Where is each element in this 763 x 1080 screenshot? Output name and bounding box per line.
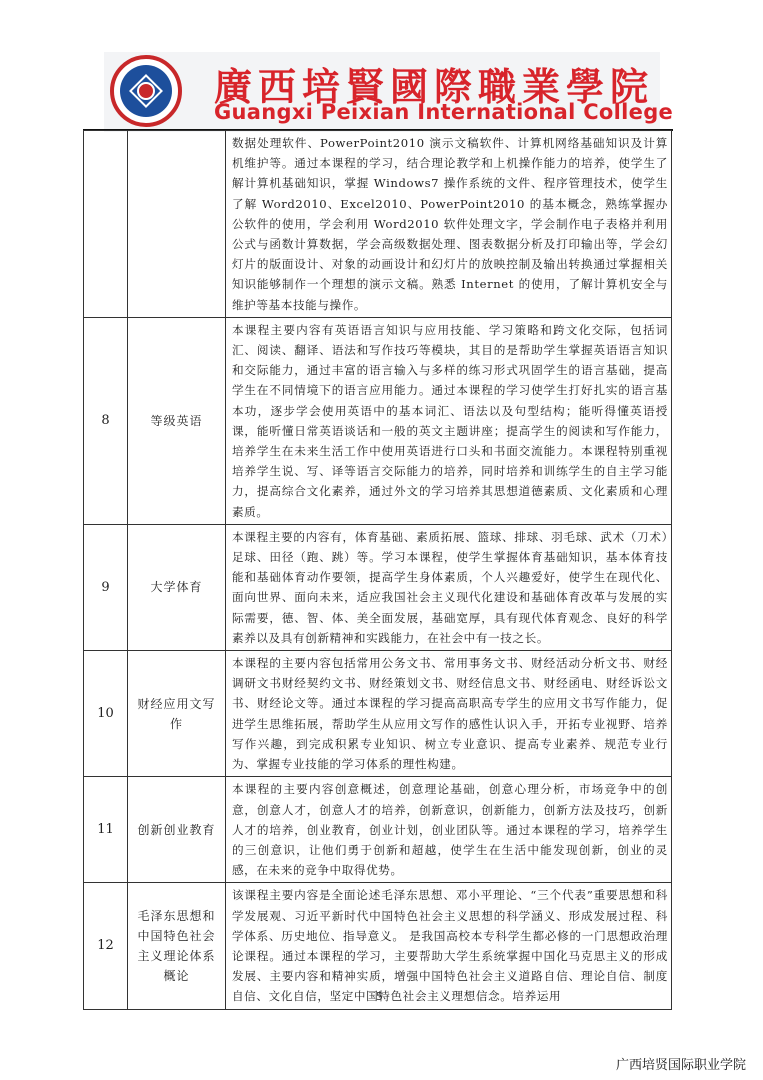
course-name: 大学体育: [127, 524, 225, 650]
course-description: 数据处理软件、PowerPoint2010 演示文稿软件、计算机网络基础知识及计…: [225, 131, 671, 318]
page-number: 5: [376, 990, 383, 1003]
course-number: 10: [84, 651, 128, 777]
course-number: 9: [84, 524, 128, 650]
college-emblem-icon: [110, 55, 182, 127]
course-name: 毛泽东思想和中国特色社会主义理论体系概论: [127, 883, 225, 1009]
table-row: 11 创新创业教育 本课程的主要内容创意概述，创意理论基础，创意心理分析，市场竞…: [84, 777, 672, 883]
table-row: 8 等级英语 本课程主要内容有英语语言知识与应用技能、学习策略和跨文化交际，包括…: [84, 317, 672, 524]
course-name: 创新创业教育: [127, 777, 225, 883]
table-row: 10 财经应用文写作 本课程的主要内容包括常用公务文书、常用事务文书、财经活动分…: [84, 651, 672, 777]
course-number: 8: [84, 317, 128, 524]
course-description: 本课程的主要内容包括常用公务文书、常用事务文书、财经活动分析文书、财经调研文书财…: [225, 651, 671, 777]
course-description: 本课程主要内容有英语语言知识与应用技能、学习策略和跨文化交际，包括词汇、阅读、翻…: [225, 317, 671, 524]
course-number: [84, 131, 128, 318]
table-row: 9 大学体育 本课程主要的内容有，体育基础、素质拓展、篮球、排球、羽毛球、武术（…: [84, 524, 672, 650]
book-icon: [137, 82, 155, 100]
header-banner: 廣西培賢國際職業學院 Guangxi Peixian International…: [104, 52, 660, 132]
curriculum-table: 数据处理软件、PowerPoint2010 演示文稿软件、计算机网络基础知识及计…: [83, 130, 672, 1010]
course-description: 本课程主要的内容有，体育基础、素质拓展、篮球、排球、羽毛球、武术（刀术）足球、田…: [225, 524, 671, 650]
course-number: 12: [84, 883, 128, 1009]
emblem-inner-circle: [120, 65, 172, 117]
course-description: 该课程主要内容是全面论述毛泽东思想、邓小平理论、“三个代表”重要思想和科学发展观…: [225, 883, 671, 1009]
school-name-en: Guangxi Peixian International College: [214, 100, 673, 124]
course-description: 本课程的主要内容创意概述，创意理论基础，创意心理分析，市场竞争中的创意，创意人才…: [225, 777, 671, 883]
table-row: 数据处理软件、PowerPoint2010 演示文稿软件、计算机网络基础知识及计…: [84, 131, 672, 318]
course-name: 财经应用文写作: [127, 651, 225, 777]
course-number: 11: [84, 777, 128, 883]
course-name: [127, 131, 225, 318]
footer-org-name: 广西培贤国际职业学院: [616, 1054, 746, 1073]
course-name: 等级英语: [127, 317, 225, 524]
